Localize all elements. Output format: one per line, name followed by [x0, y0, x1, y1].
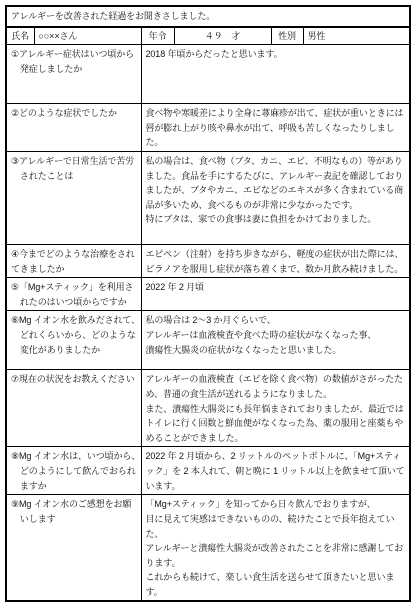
qa-row-3: ③アレルギーで日常生活で苦労 されたことは 私の場合は、食べ物（ブタ、カニ、エビ…	[6, 151, 410, 244]
qa-row-9: ⑨Mg イオン水のご感想をお願 いします 「Mg+スティック」を知ってから日々飲…	[6, 495, 410, 602]
name-label: 氏名	[6, 27, 34, 45]
question-7: ⑦現在の状況をお教えください	[6, 370, 141, 447]
age-value: ４９ 才	[174, 27, 271, 45]
answer-9: 「Mg+スティック」を知ってから日々飲んでおりますが、 目に見えて実感はできない…	[141, 495, 410, 602]
answer-5: 2022 年 2 月頃	[141, 278, 410, 311]
answer-6: 私の場合は 2～3 か月ぐらいで、 アレルギーは血液検査や食べた時の症状がなくな…	[141, 311, 410, 370]
answer-1: 2018 年頃からだったと思います。	[141, 45, 410, 104]
qa-row-2: ②どのような症状でしたか 食べ物や寒暖差により全身に蕁麻疹が出て、症状が重いとき…	[6, 104, 410, 152]
answer-3: 私の場合は、食べ物（ブタ、カニ、エビ、不明なもの）等がありました。食品を手にする…	[141, 151, 410, 244]
answer-4: エピペン（注射）を持ち歩きながら、軽度の症状が出た際には、ビラノアを服用し症状が…	[141, 244, 410, 277]
age-label: 年令	[141, 27, 174, 45]
gender-label: 性別	[271, 27, 303, 45]
profile-row: 氏名 ○○××さん 年令 ４９ 才 性別 男性	[6, 27, 410, 45]
name-value: ○○××さん	[34, 27, 141, 45]
testimonial-table: アレルギーを改善された経過をお聞きさしました。 氏名 ○○××さん 年令 ４９ …	[5, 5, 411, 602]
qa-row-1: ①アレルギー症状はいつ頃から 発症しましたか 2018 年頃からだったと思います…	[6, 45, 410, 104]
qa-row-7: ⑦現在の状況をお教えください アレルギーの血液検査（エビを除く食べ物）の数値がさ…	[6, 370, 410, 447]
answer-2: 食べ物や寒暖差により全身に蕁麻疹が出て、症状が重いときには唇が膨れ上がり咳や鼻水…	[141, 104, 410, 152]
question-1: ①アレルギー症状はいつ頃から 発症しましたか	[6, 45, 141, 104]
gender-value: 男性	[303, 27, 410, 45]
qa-row-6: ⑥Mg イオン水を飲みだされて、 どれくらいから、どのような 変化がありましたか…	[6, 311, 410, 370]
question-8: ⑧Mg イオン水は、いつ頃から、 どのようにして飲んでおられ ますか	[6, 447, 141, 495]
question-5: ⑤「Mg+スティック」を利用さ れたのはいつ頃からですか	[6, 278, 141, 311]
survey-title: アレルギーを改善された経過をお聞きさしました。	[6, 6, 410, 27]
question-2: ②どのような症状でしたか	[6, 104, 141, 152]
qa-row-4: ④今までどのような治療をされ てきましたか エピペン（注射）を持ち歩きながら、軽…	[6, 244, 410, 277]
question-6: ⑥Mg イオン水を飲みだされて、 どれくらいから、どのような 変化がありましたか	[6, 311, 141, 370]
question-3: ③アレルギーで日常生活で苦労 されたことは	[6, 151, 141, 244]
answer-8: 2022 年 2 月頃から、2 リットルのペットボトルに、「Mg+スティック」を…	[141, 447, 410, 495]
qa-row-8: ⑧Mg イオン水は、いつ頃から、 どのようにして飲んでおられ ますか 2022 …	[6, 447, 410, 495]
question-4: ④今までどのような治療をされ てきましたか	[6, 244, 141, 277]
document-page: アレルギーを改善された経過をお聞きさしました。 氏名 ○○××さん 年令 ４９ …	[5, 5, 409, 602]
qa-row-5: ⑤「Mg+スティック」を利用さ れたのはいつ頃からですか 2022 年 2 月頃	[6, 278, 410, 311]
question-9: ⑨Mg イオン水のご感想をお願 いします	[6, 495, 141, 602]
answer-7: アレルギーの血液検査（エビを除く食べ物）の数値がさがったため、普通の食生活が送れ…	[141, 370, 410, 447]
title-row: アレルギーを改善された経過をお聞きさしました。	[6, 6, 410, 27]
